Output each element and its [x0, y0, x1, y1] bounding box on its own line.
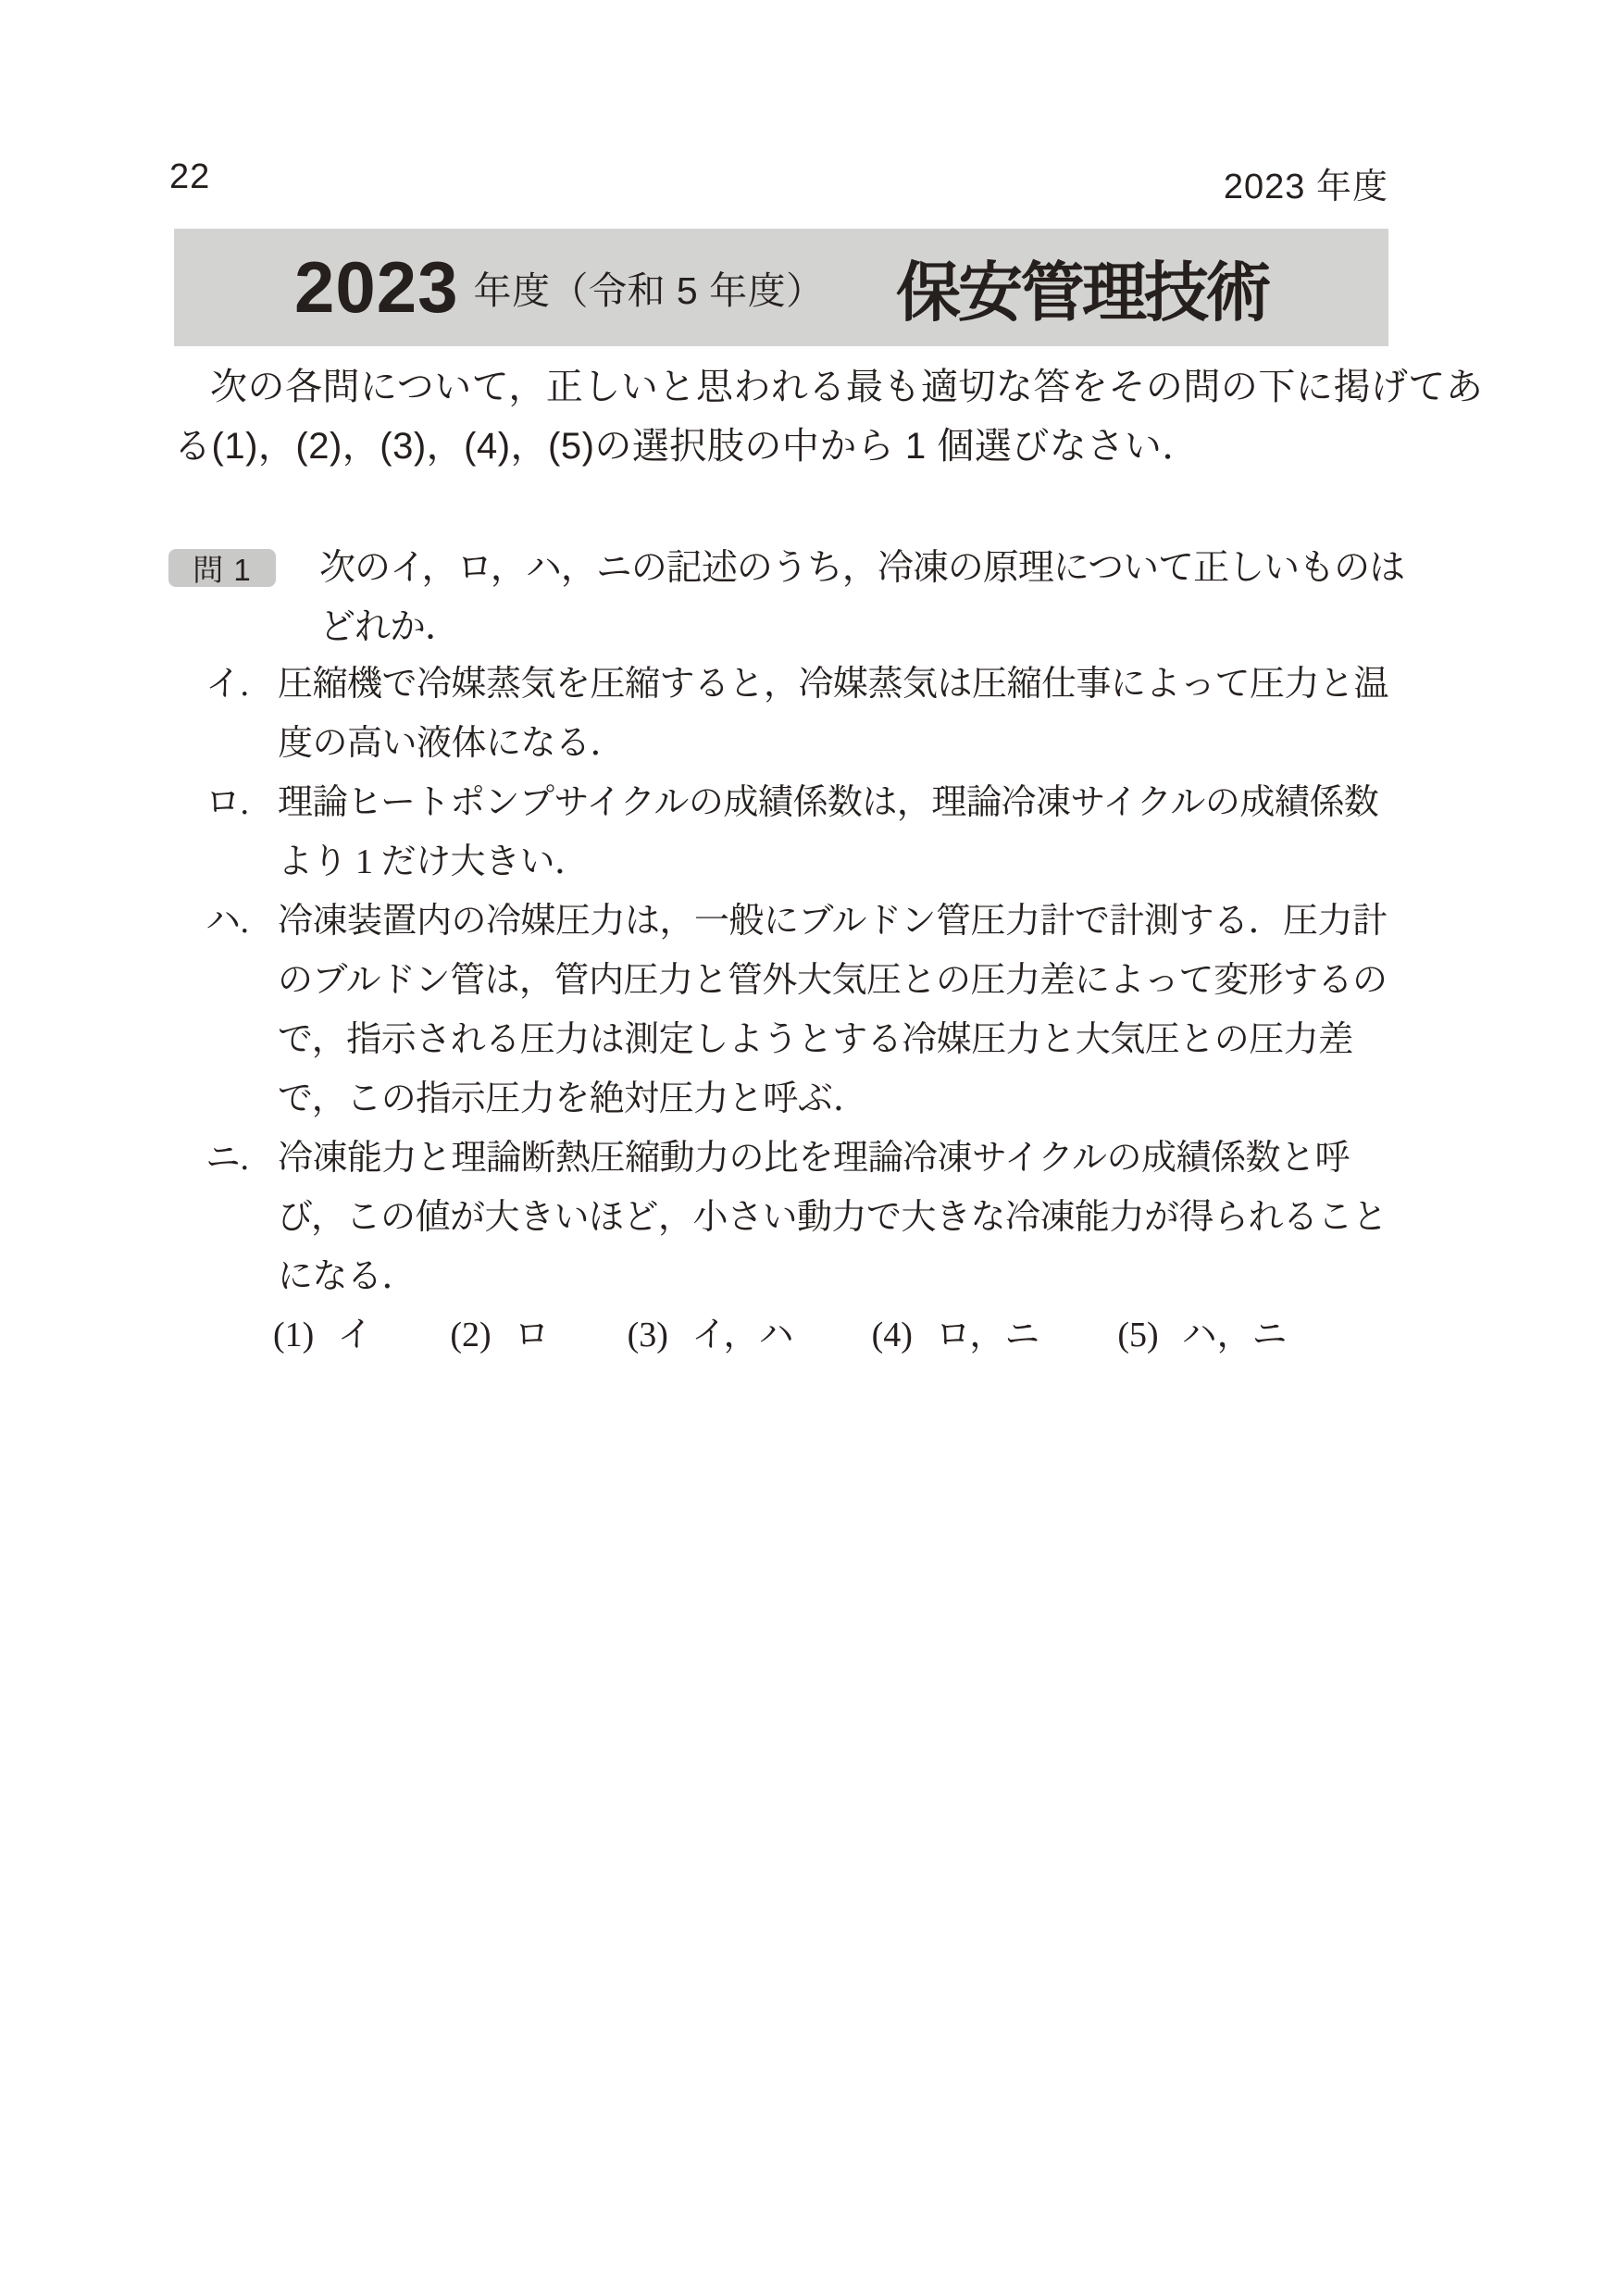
item-marker: ニ. [205, 1129, 249, 1188]
statement-item-ha: ハ. 冷凍装置内の冷媒圧力は，一般にブルドン管圧力計で計測する．圧力計 のブルド… [205, 892, 1409, 1129]
answer-choice-3: (3)イ，ハ [628, 1305, 794, 1365]
item-marker: ロ. [205, 773, 249, 832]
instructions-paragraph: 次の各問について，正しいと思われる最も適切な答をその問の下に掲げてあ る(1)，… [174, 358, 1405, 476]
answer-choice-2: (2)ロ [450, 1305, 549, 1365]
instructions-line: 次の各問について，正しいと思われる最も適切な答をその問の下に掲げてあ [174, 358, 1405, 418]
answer-choices-row: (1)イ (2)ロ (3)イ，ハ (4)ロ，ニ (5)ハ，ニ [273, 1305, 1288, 1365]
item-marker: ハ. [205, 892, 249, 951]
item-marker: イ. [205, 655, 249, 714]
item-line: 冷凍装置内の冷媒圧力は，一般にブルドン管圧力計で計測する．圧力計 [278, 892, 1409, 951]
answer-choice-5: (5)ハ，ニ [1117, 1305, 1287, 1365]
banner-year-label: 年度（令和 5 年度） [474, 260, 825, 315]
banner-year: 2023 [294, 245, 459, 330]
choice-label: イ，ハ [691, 1316, 794, 1354]
answer-choice-1: (1)イ [273, 1305, 372, 1365]
banner-section-title: 保安管理技術 [896, 241, 1268, 334]
item-line: 理論ヒートポンプサイクルの成績係数は，理論冷凍サイクルの成績係数 [278, 773, 1409, 832]
question1-text: 次のイ，ロ，ハ，ニの記述のうち，冷凍の原理について正しいものは どれか． [319, 539, 1404, 656]
question1-badge: 問 1 [168, 549, 276, 587]
page-number: 22 [169, 157, 210, 197]
choice-label: イ [337, 1316, 372, 1354]
item-line: のブルドン管は，管内圧力と管外大気圧との圧力差によって変形するの [278, 951, 1409, 1010]
instructions-line: る(1)，(2)，(3)，(4)，(5)の選択肢の中から 1 個選びなさい． [174, 418, 1405, 477]
running-header-year: 2023 年度 [1224, 157, 1388, 208]
choice-label: ハ，ニ [1182, 1316, 1288, 1354]
item-line: 冷凍能力と理論断熱圧縮動力の比を理論冷凍サイクルの成績係数と呼 [278, 1129, 1409, 1188]
statement-item-ni: ニ. 冷凍能力と理論断熱圧縮動力の比を理論冷凍サイクルの成績係数と呼 び，この値… [205, 1129, 1409, 1306]
choice-label: ロ，ニ [936, 1316, 1039, 1354]
item-line: になる． [278, 1247, 1409, 1306]
choice-number: (2) [450, 1316, 491, 1354]
statement-item-ro: ロ. 理論ヒートポンプサイクルの成績係数は，理論冷凍サイクルの成績係数 より 1… [205, 773, 1409, 892]
item-line: 度の高い液体になる． [278, 714, 1409, 773]
item-line: び，この値が大きいほど，小さい動力で大きな冷凍能力が得られること [278, 1188, 1409, 1247]
answer-choice-4: (4)ロ，ニ [872, 1305, 1040, 1365]
choice-number: (4) [872, 1316, 913, 1354]
choice-number: (3) [628, 1316, 668, 1354]
choice-label: ロ [515, 1316, 550, 1354]
exam-page: 22 2023 年度 2023 年度（令和 5 年度） 保安管理技術 次の各問に… [0, 0, 1618, 2296]
item-line: より 1 だけ大きい． [278, 832, 1409, 892]
choice-number: (1) [273, 1316, 314, 1354]
section-banner: 2023 年度（令和 5 年度） 保安管理技術 [174, 229, 1388, 346]
statement-item-i: イ. 圧縮機で冷媒蒸気を圧縮すると，冷媒蒸気は圧縮仕事によって圧力と温 度の高い… [205, 655, 1409, 773]
item-line: 圧縮機で冷媒蒸気を圧縮すると，冷媒蒸気は圧縮仕事によって圧力と温 [278, 655, 1409, 714]
question1-line: どれか． [319, 598, 1404, 657]
item-line: で，この指示圧力を絶対圧力と呼ぶ． [278, 1069, 1409, 1129]
choice-number: (5) [1117, 1316, 1158, 1354]
question1-line: 次のイ，ロ，ハ，ニの記述のうち，冷凍の原理について正しいものは [319, 539, 1404, 598]
item-line: で，指示される圧力は測定しようとする冷媒圧力と大気圧との圧力差 [278, 1010, 1409, 1069]
